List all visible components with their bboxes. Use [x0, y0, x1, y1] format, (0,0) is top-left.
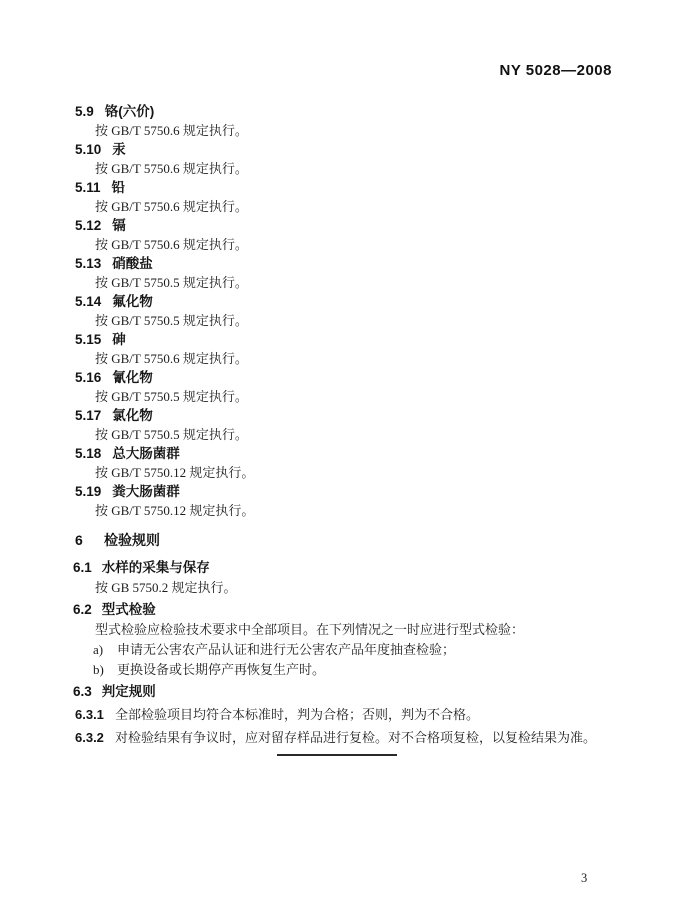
- clause: 5.14氟化物 按 GB/T 5750.5 规定执行。: [0, 292, 680, 330]
- clause-body: 按 GB/T 5750.6 规定执行。: [0, 197, 680, 216]
- item-label: b): [93, 660, 117, 680]
- item-label: a): [93, 640, 117, 660]
- clause-body: 按 GB/T 5750.5 规定执行。: [0, 311, 680, 330]
- item-text: 申请无公害农产品认证和进行无公害农产品年度抽查检验；: [117, 642, 455, 657]
- clause-number: 5.12: [75, 216, 101, 235]
- subclause-heading: 6.1水样的采集与保存: [0, 558, 680, 578]
- clause-title: 铬(六价): [105, 104, 155, 119]
- clause-title: 氟化物: [112, 294, 153, 309]
- clause-title: 砷: [112, 332, 126, 347]
- clause-title: 氯化物: [112, 408, 153, 423]
- clause-body: 按 GB/T 5750.5 规定执行。: [0, 425, 680, 444]
- subclause-heading: 6.2型式检验: [0, 600, 680, 620]
- clause-number: 5.17: [75, 406, 101, 425]
- subclause-intro: 型式检验应检验技术要求中全部项目。在下列情况之一时应进行型式检验：: [0, 620, 680, 640]
- clause: 5.12镉 按 GB/T 5750.6 规定执行。: [0, 216, 680, 254]
- rule-number: 6.3.2: [75, 728, 115, 748]
- clause-body: 按 GB/T 5750.6 规定执行。: [0, 159, 680, 178]
- clause-title: 铅: [112, 180, 126, 195]
- clause-heading: 5.16氰化物: [0, 368, 680, 387]
- rule-number: 6.3.1: [75, 705, 115, 725]
- clause: 5.15砷 按 GB/T 5750.6 规定执行。: [0, 330, 680, 368]
- chapter-heading: 6检验规则: [0, 530, 680, 550]
- clause-body: 按 GB/T 5750.5 规定执行。: [0, 273, 680, 292]
- item-text: 更换设备或长期停产再恢复生产时。: [117, 662, 325, 677]
- subclause-number: 6.2: [73, 600, 92, 620]
- subclause-body: 按 GB 5750.2 规定执行。: [0, 578, 680, 598]
- clause-body: 按 GB/T 5750.12 规定执行。: [0, 463, 680, 482]
- subclause-heading: 6.3判定规则: [0, 682, 680, 702]
- clause-list: 5.9铬(六价) 按 GB/T 5750.6 规定执行。 5.10汞 按 GB/…: [0, 102, 680, 520]
- clause-title: 氰化物: [112, 370, 153, 385]
- subclause-6-2: 6.2型式检验 型式检验应检验技术要求中全部项目。在下列情况之一时应进行型式检验…: [0, 600, 680, 680]
- clause-number: 5.9: [75, 102, 94, 121]
- clause-title: 镉: [112, 218, 126, 233]
- judgement-rule-1: 6.3.1全部检验项目均符合本标准时，判为合格；否则，判为不合格。: [0, 705, 680, 725]
- clause-title: 汞: [112, 142, 126, 157]
- clause-body: 按 GB/T 5750.6 规定执行。: [0, 121, 680, 140]
- clause-heading: 5.10汞: [0, 140, 680, 159]
- document-page: NY 5028—2008 5.9铬(六价) 按 GB/T 5750.6 规定执行…: [0, 0, 680, 898]
- subclause-number: 6.1: [73, 558, 92, 578]
- subclause-title: 型式检验: [102, 602, 156, 617]
- clause-heading: 5.11铅: [0, 178, 680, 197]
- clause-number: 5.15: [75, 330, 101, 349]
- list-item-b: b)更换设备或长期停产再恢复生产时。: [0, 660, 680, 680]
- chapter-title: 检验规则: [104, 532, 160, 548]
- clause-body: 按 GB/T 5750.6 规定执行。: [0, 235, 680, 254]
- clause-number: 5.18: [75, 444, 101, 463]
- clause-heading: 5.17氯化物: [0, 406, 680, 425]
- clause-heading: 5.13硝酸盐: [0, 254, 680, 273]
- clause-number: 5.13: [75, 254, 101, 273]
- chapter-number: 6: [75, 530, 94, 550]
- clause-heading: 5.12镉: [0, 216, 680, 235]
- clause-heading: 5.18总大肠菌群: [0, 444, 680, 463]
- subclause-title: 水样的采集与保存: [102, 560, 210, 575]
- list-item-a: a)申请无公害农产品认证和进行无公害农产品年度抽查检验；: [0, 640, 680, 660]
- clause-body: 按 GB/T 5750.6 规定执行。: [0, 349, 680, 368]
- clause: 5.10汞 按 GB/T 5750.6 规定执行。: [0, 140, 680, 178]
- clause-body: 按 GB/T 5750.12 规定执行。: [0, 501, 680, 520]
- clause-number: 5.19: [75, 482, 101, 501]
- clause: 5.19粪大肠菌群 按 GB/T 5750.12 规定执行。: [0, 482, 680, 520]
- clause-number: 5.10: [75, 140, 101, 159]
- subclause-6-3: 6.3判定规则 6.3.1全部检验项目均符合本标准时，判为合格；否则，判为不合格…: [0, 682, 680, 748]
- page-number: 3: [581, 871, 587, 886]
- clause-number: 5.14: [75, 292, 101, 311]
- clause-number: 5.11: [75, 178, 101, 197]
- clause: 5.18总大肠菌群 按 GB/T 5750.12 规定执行。: [0, 444, 680, 482]
- clause-title: 硝酸盐: [112, 256, 153, 271]
- clause-title: 总大肠菌群: [112, 446, 180, 461]
- clause: 5.16氰化物 按 GB/T 5750.5 规定执行。: [0, 368, 680, 406]
- clause-body: 按 GB/T 5750.5 规定执行。: [0, 387, 680, 406]
- clause-heading: 5.9铬(六价): [0, 102, 680, 121]
- clause-title: 粪大肠菌群: [112, 484, 180, 499]
- clause-heading: 5.19粪大肠菌群: [0, 482, 680, 501]
- end-of-text-divider: [277, 754, 397, 756]
- subclause-6-1: 6.1水样的采集与保存 按 GB 5750.2 规定执行。: [0, 558, 680, 598]
- clause: 5.13硝酸盐 按 GB/T 5750.5 规定执行。: [0, 254, 680, 292]
- clause: 5.17氯化物 按 GB/T 5750.5 规定执行。: [0, 406, 680, 444]
- rule-text: 对检验结果有争议时，应对留存样品进行复检。对不合格项复检，以复检结果为准。: [115, 730, 596, 745]
- clause-heading: 5.15砷: [0, 330, 680, 349]
- subclause-number: 6.3: [73, 682, 92, 702]
- clause-heading: 5.14氟化物: [0, 292, 680, 311]
- clause: 5.9铬(六价) 按 GB/T 5750.6 规定执行。: [0, 102, 680, 140]
- standard-code: NY 5028—2008: [0, 0, 680, 80]
- clause-number: 5.16: [75, 368, 101, 387]
- rule-text: 全部检验项目均符合本标准时，判为合格；否则，判为不合格。: [115, 707, 479, 722]
- judgement-rule-2: 6.3.2对检验结果有争议时，应对留存样品进行复检。对不合格项复检，以复检结果为…: [0, 728, 680, 748]
- subclause-title: 判定规则: [102, 684, 156, 699]
- clause: 5.11铅 按 GB/T 5750.6 规定执行。: [0, 178, 680, 216]
